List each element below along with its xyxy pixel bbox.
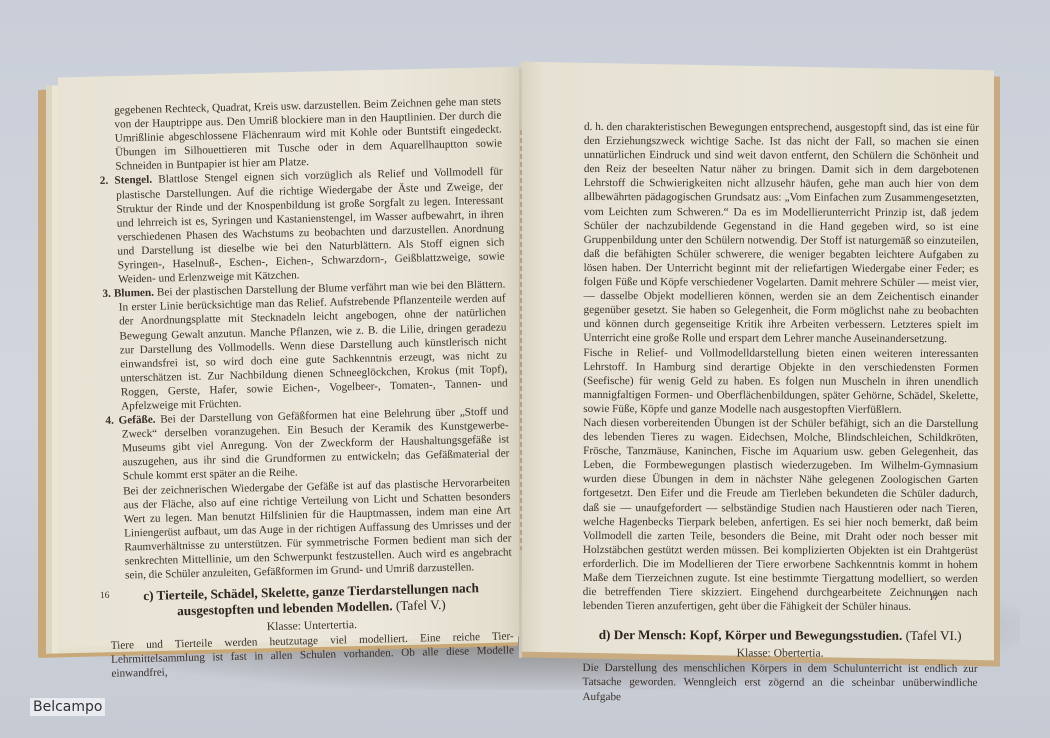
gefaesse-continued: Bei der zeichnerischen Wiedergabe der Ge…	[107, 475, 512, 583]
paragraph: Nach diesen vorbereitenden Übungen ist d…	[583, 416, 979, 614]
left-page-text: gegebenen Rechteck, Quadrat, Kreis usw. …	[98, 95, 514, 682]
item-number: 4. Gefäße.	[105, 414, 155, 427]
paragraph: d. h. den charakteristischen Bewegungen …	[583, 120, 979, 347]
right-page-text: d. h. den charakteristischen Bewegungen …	[582, 120, 979, 705]
section-plate: (Tafel V.)	[396, 597, 446, 613]
item-text: Blattlose Stengel eignen sich vorzüglich…	[116, 166, 505, 286]
binding-thread	[520, 130, 522, 550]
watermark-label: Belcampo	[30, 698, 105, 716]
item-gefaesse: 4. Gefäße. Bei der Darstellung von Gefäß…	[105, 404, 510, 484]
page-number-right: 17	[929, 593, 939, 603]
item-blumen: 3. Blumen. Bei der plastischen Darstellu…	[102, 278, 508, 414]
section-heading-c: c) Tierteile, Schädel, Skelette, ganze T…	[109, 580, 513, 621]
section-class: Klasse: Obertertia.	[583, 646, 978, 661]
item-stengel: 2. Stengel. Blattlose Stengel eignen sic…	[100, 165, 506, 287]
item-number: 3. Blumen.	[102, 287, 154, 300]
page-number-left: 16	[100, 591, 110, 601]
item-text: Bei der Darstellung von Gefäßformen hat …	[122, 405, 510, 482]
section-heading-d: d) Der Mensch: Kopf, Körper und Bewegung…	[583, 627, 978, 644]
intro-paragraph: gegebenen Rechteck, Quadrat, Kreis usw. …	[98, 95, 503, 175]
paragraph: Fische in Relief- und Vollmodelldarstell…	[583, 345, 978, 417]
item-text: Bei der plastischen Darstellung der Blum…	[119, 279, 508, 413]
section-title: d) Der Mensch: Kopf, Körper und Bewegung…	[599, 627, 903, 643]
item-number: 2. Stengel.	[100, 174, 153, 187]
section-plate: (Tafel VI.)	[906, 628, 962, 643]
section-paragraph: Die Darstellung des menschlichen Körpers…	[582, 661, 977, 704]
